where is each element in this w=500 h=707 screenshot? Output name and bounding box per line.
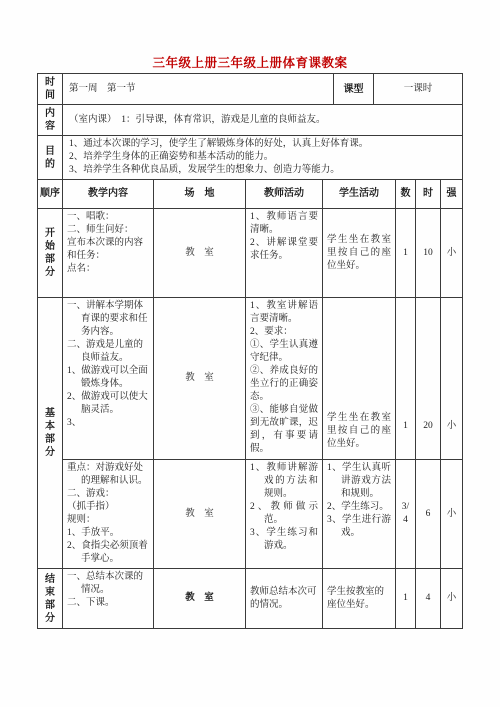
lesson-table: 顺序 教学内容 场 地 教师活动 学生活动 数 时 强 开始部分 一、唱歌：二、… bbox=[37, 179, 463, 629]
content-label: 内容 bbox=[38, 105, 63, 136]
venue-cell: 教 室 bbox=[154, 569, 246, 629]
count-cell: 1 bbox=[396, 298, 416, 460]
course-type-label: 课型 bbox=[334, 74, 374, 105]
time-cell: 20 bbox=[416, 298, 441, 460]
section-row-basic-2: 重点：对游戏好处的理解和认识。二、游戏：（抓手指）规则：1、手放平。2、食指尖必… bbox=[38, 460, 463, 569]
header-student-activity: 学生活动 bbox=[323, 180, 396, 209]
student-activity-cell: 学生坐在教室里按自己的座位坐好。 bbox=[323, 298, 396, 460]
intensity-cell: 小 bbox=[441, 298, 463, 460]
course-type-value: 一课时 bbox=[374, 74, 463, 105]
teacher-activity-cell: 1、教师讲解游戏的方法和规则。2、教师做示范。3、学生练习和游戏。 bbox=[246, 460, 323, 569]
section-row-basic-1: 基本部分 一、讲解本学期体育课的要求和任务内容。二、游戏是儿童的良师益友。1、做… bbox=[38, 298, 463, 460]
teacher-activity-cell: 1、教室讲解语言要清晰。2、要求：①、学生认真遵守纪律。②、养成良好的坐立行的正… bbox=[246, 298, 323, 460]
time-value: 第一周 第一节 bbox=[63, 74, 334, 105]
count-cell: 1 bbox=[396, 209, 416, 298]
count-cell: 1 bbox=[396, 569, 416, 629]
intensity-cell: 小 bbox=[441, 569, 463, 629]
header-venue: 场 地 bbox=[154, 180, 246, 209]
time-cell: 10 bbox=[416, 209, 441, 298]
student-activity-cell: 1、学生认真听讲游戏方法和规则。2、学生练习。3、学生进行游戏。 bbox=[323, 460, 396, 569]
lesson-plan-sheet: 时间 第一周 第一节 课型 一课时 内容 （室内课） 1：引导课，体育常识，游戏… bbox=[37, 73, 462, 629]
teaching-content-cell: 一、唱歌：二、师生问好：宣布本次课的内容和任务：点名： bbox=[63, 209, 154, 298]
time-cell: 6 bbox=[416, 460, 441, 569]
header-time: 时 bbox=[416, 180, 441, 209]
document-page: 三年级上册三年级上册体育课教案 时间 第一周 第一节 课型 一课时 内容 （室内… bbox=[0, 0, 500, 707]
teaching-content-cell: 一、讲解本学期体育课的要求和任务内容。二、游戏是儿童的良师益友。1、做游戏可以全… bbox=[63, 298, 154, 460]
section-label-end: 结束部分 bbox=[38, 569, 63, 629]
time-row: 时间 第一周 第一节 课型 一课时 bbox=[38, 74, 463, 105]
student-activity-cell: 学生按教室的座位坐好。 bbox=[323, 569, 396, 629]
meta-table: 时间 第一周 第一节 课型 一课时 内容 （室内课） 1：引导课，体育常识，游戏… bbox=[37, 73, 463, 180]
student-activity-cell: 学生坐在教室里按自己的座位坐好。 bbox=[323, 209, 396, 298]
section-row-start: 开始部分 一、唱歌：二、师生问好：宣布本次课的内容和任务：点名： 教 室 1、教… bbox=[38, 209, 463, 298]
purpose-row: 目的 1、通过本次课的学习，使学生了解锻炼身体的好处，认真上好体育课。2、培养学… bbox=[38, 136, 463, 180]
purpose-label: 目的 bbox=[38, 136, 63, 180]
header-order: 顺序 bbox=[38, 180, 63, 209]
header-row: 顺序 教学内容 场 地 教师活动 学生活动 数 时 强 bbox=[38, 180, 463, 209]
header-teaching-content: 教学内容 bbox=[63, 180, 154, 209]
teaching-content-cell: 重点：对游戏好处的理解和认识。二、游戏：（抓手指）规则：1、手放平。2、食指尖必… bbox=[63, 460, 154, 569]
purpose-items: 1、通过本次课的学习，使学生了解锻炼身体的好处，认真上好体育课。2、培养学生身体… bbox=[63, 136, 463, 180]
content-value: （室内课） 1：引导课，体育常识，游戏是儿童的良师益友。 bbox=[63, 105, 463, 136]
venue-cell: 教 室 bbox=[154, 298, 246, 460]
section-label-start: 开始部分 bbox=[38, 209, 63, 298]
venue-cell: 教 室 bbox=[154, 209, 246, 298]
header-intensity: 强 bbox=[441, 180, 463, 209]
page-title: 三年级上册三年级上册体育课教案 bbox=[0, 0, 500, 71]
intensity-cell: 小 bbox=[441, 460, 463, 569]
header-count: 数 bbox=[396, 180, 416, 209]
time-cell: 4 bbox=[416, 569, 441, 629]
teacher-activity-cell: 教师总结本次可的情况。 bbox=[246, 569, 323, 629]
teaching-content-cell: 一、总结本次课的情况。二、下课。 bbox=[63, 569, 154, 629]
section-label-basic: 基本部分 bbox=[38, 298, 63, 569]
content-row: 内容 （室内课） 1：引导课，体育常识，游戏是儿童的良师益友。 bbox=[38, 105, 463, 136]
time-label: 时间 bbox=[38, 74, 63, 105]
header-teacher-activity: 教师活动 bbox=[246, 180, 323, 209]
intensity-cell: 小 bbox=[441, 209, 463, 298]
teacher-activity-cell: 1、教师语言要清晰。2、讲解课堂要求任务。 bbox=[246, 209, 323, 298]
venue-cell: 教 室 bbox=[154, 460, 246, 569]
count-cell: 3/4 bbox=[396, 460, 416, 569]
section-row-end: 结束部分 一、总结本次课的情况。二、下课。 教 室 教师总结本次可的情况。 学生… bbox=[38, 569, 463, 629]
